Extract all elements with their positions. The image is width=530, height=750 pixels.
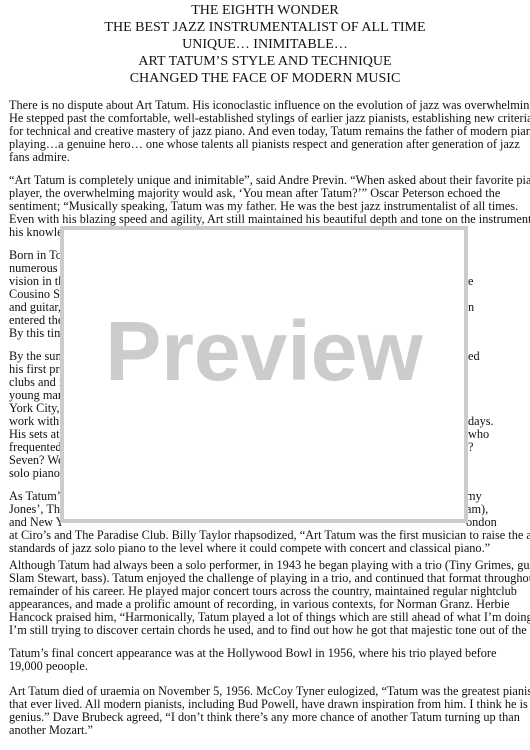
paragraph-intro: There is no dispute about Art Tatum. His… [9, 99, 524, 164]
paragraph-death: Art Tatum died of uraemia on November 5,… [9, 685, 524, 737]
text-line: playing…a genuine hero… one whose talent… [9, 138, 524, 151]
text-line: 19,000 peoople. [9, 660, 524, 673]
title-line: THE BEST JAZZ INSTRUMENTALIST OF ALL TIM… [0, 19, 530, 36]
text-line: another Mozart.” [9, 724, 524, 737]
text-fragment [468, 389, 528, 402]
text-fragment: ed [468, 350, 528, 363]
document-page: THE EIGHTH WONDER THE BEST JAZZ INSTRUME… [0, 0, 530, 750]
paragraph-final-concert: Tatum’s final concert appearance was at … [9, 647, 524, 673]
text-fragment [468, 363, 528, 376]
text-fragment: ? [468, 441, 528, 454]
text-line: standards of jazz solo piano to the leve… [9, 542, 524, 555]
text-fragment: n [468, 301, 528, 314]
text-line: I’m still trying to discover certain cho… [9, 624, 524, 637]
preview-overlay: Preview [60, 226, 468, 523]
paragraph-trio: Although Tatum had always been a solo pe… [9, 559, 524, 637]
text-fragment [468, 376, 528, 389]
title-line: ART TATUM’S STYLE AND TECHNIQUE [0, 53, 530, 70]
text-line: Even with his blazing speed and agility,… [9, 213, 524, 226]
paragraph-fame-right-fragments: my am), ondon [466, 490, 528, 529]
text-line: fans admire. [9, 151, 524, 164]
text-fragment [468, 288, 528, 301]
document-title: THE EIGHTH WONDER THE BEST JAZZ INSTRUME… [0, 2, 530, 87]
text-fragment: ondon [466, 516, 528, 529]
preview-watermark: Preview [64, 306, 464, 396]
text-fragment: e [468, 275, 528, 288]
title-line: UNIQUE… INIMITABLE… [0, 36, 530, 53]
title-line: THE EIGHTH WONDER [0, 2, 530, 19]
paragraph-early-life-right-fragments: e n [468, 249, 528, 314]
paragraph-career-start-right-fragments: ed days. who ? [468, 350, 528, 454]
text-fragment: who [468, 428, 528, 441]
text-fragment [468, 249, 528, 262]
title-line: CHANGED THE FACE OF MODERN MUSIC [0, 70, 530, 87]
text-fragment [468, 262, 528, 275]
